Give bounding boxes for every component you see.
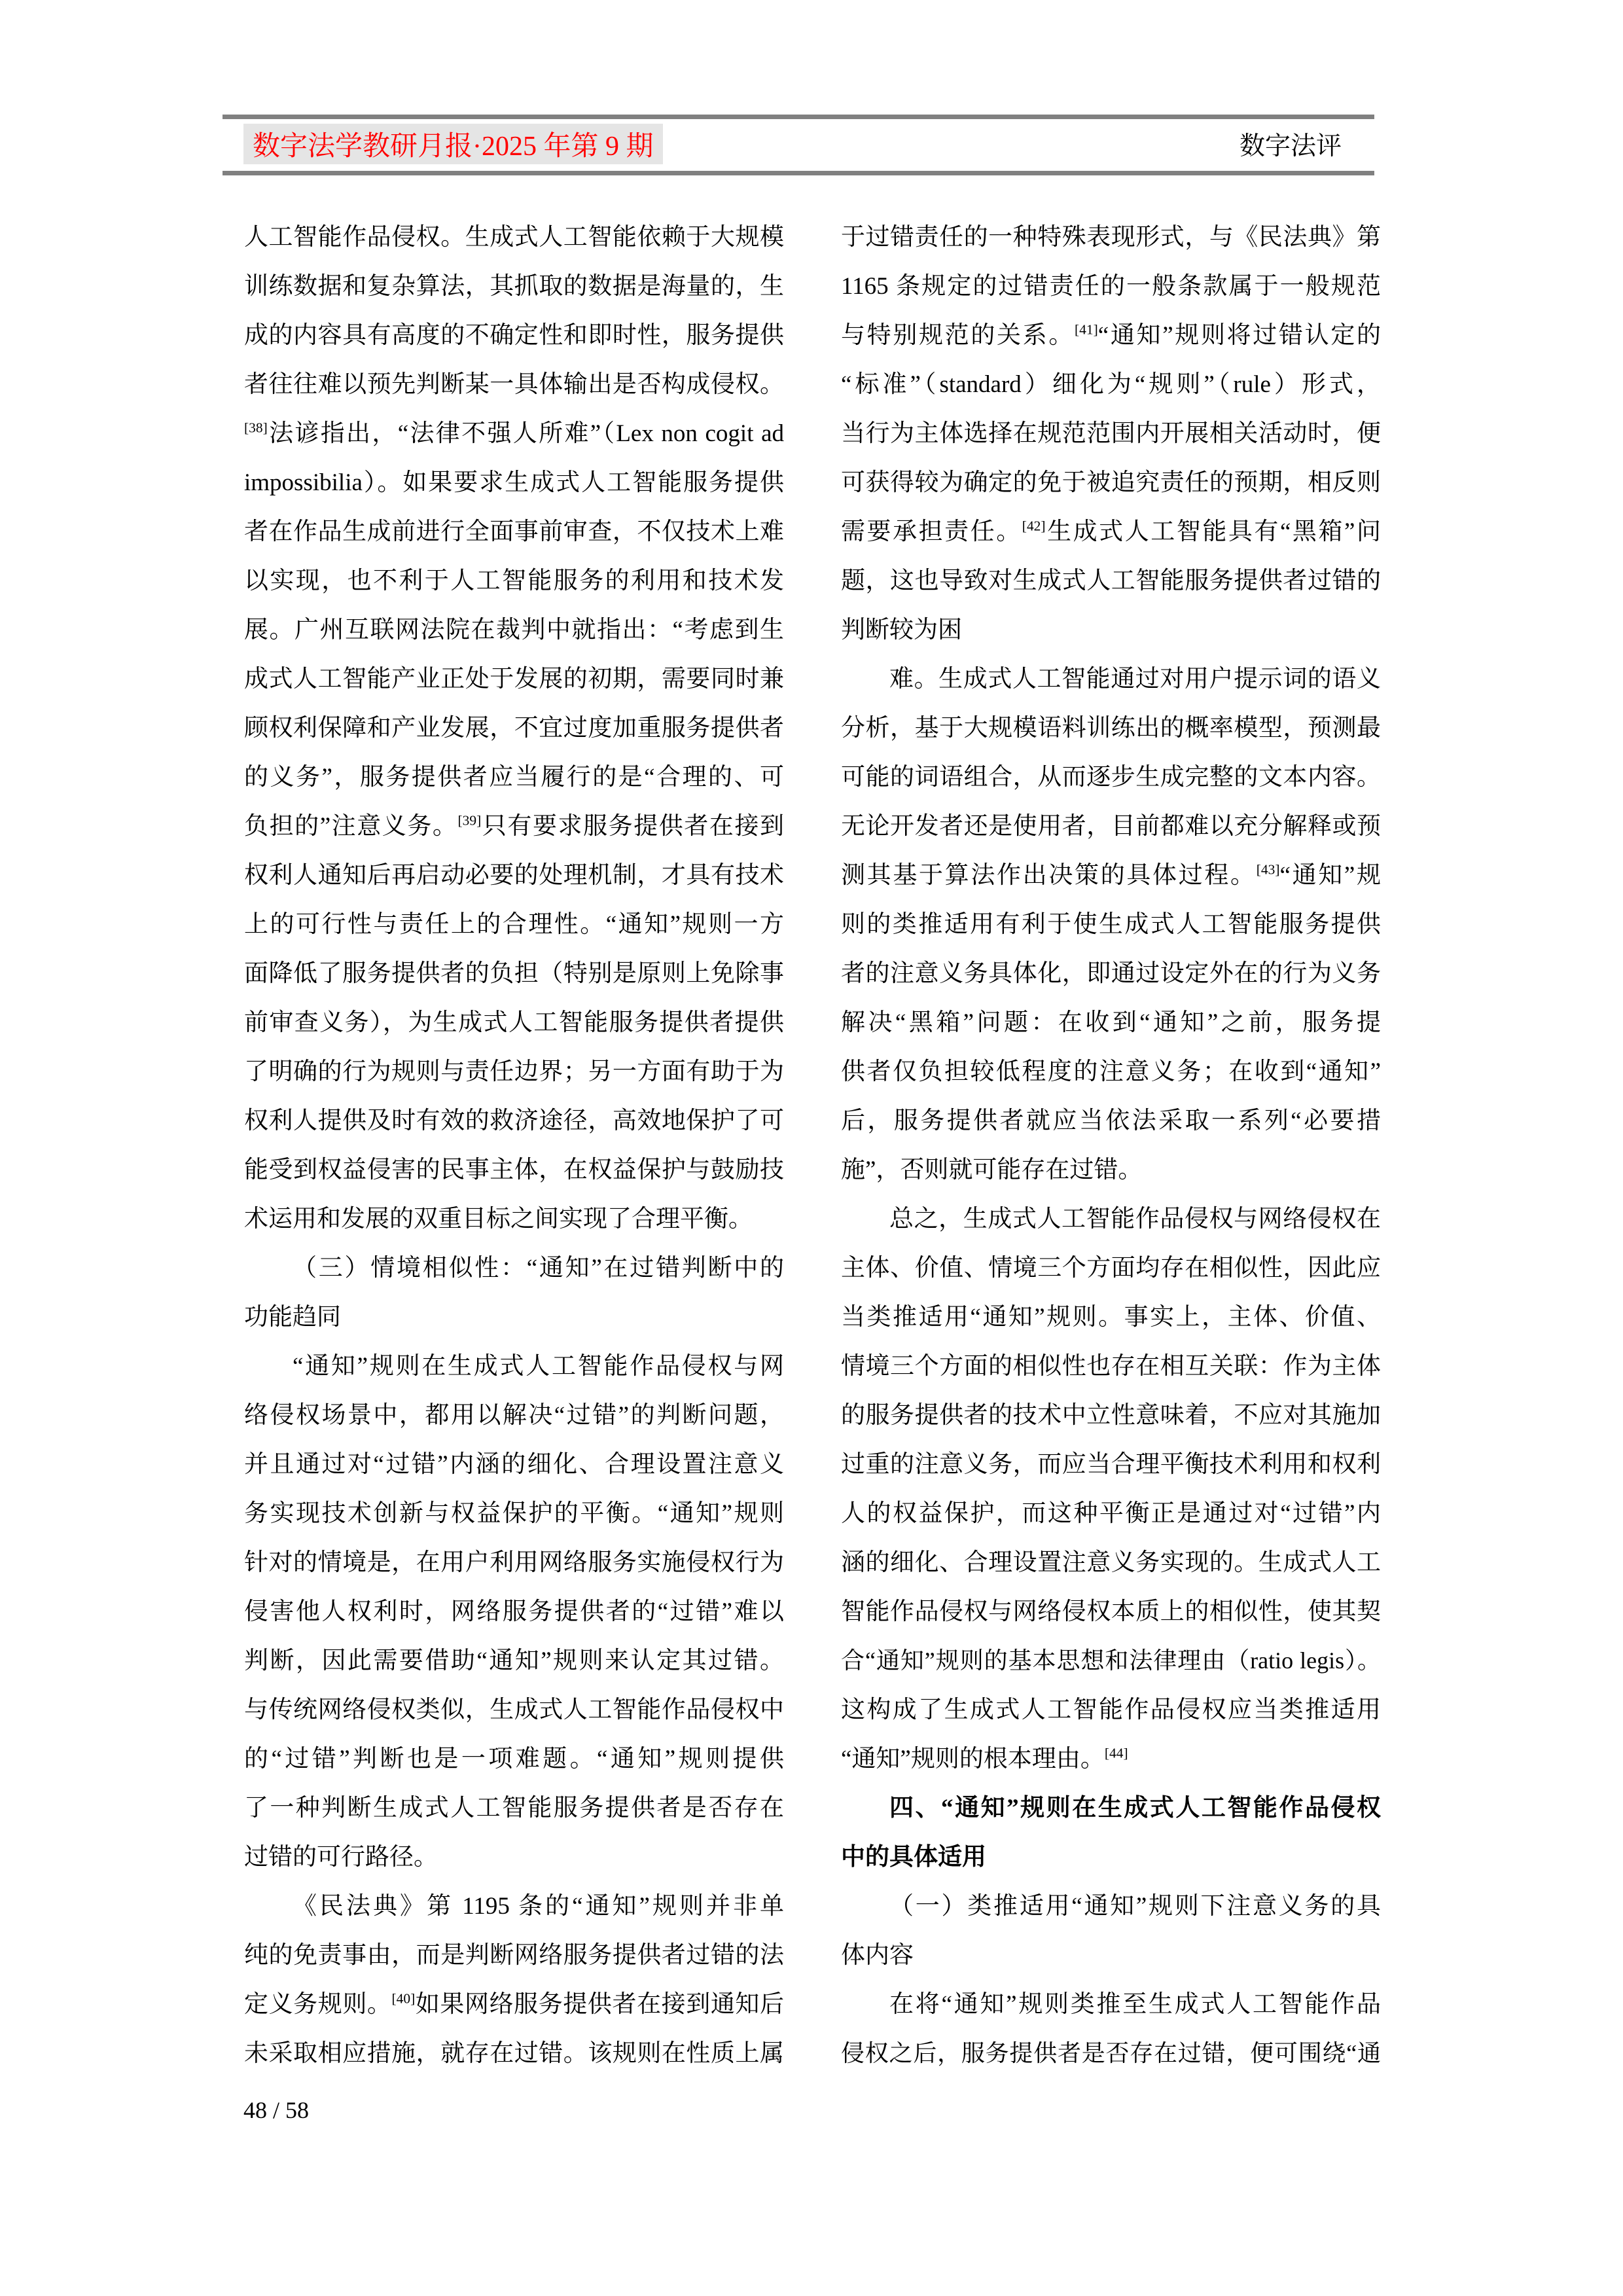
text-line-right-18: 供者仅负担较低程度的注意义务；在收到“通知” — [841, 1047, 1381, 1096]
heading-line-right-33: 四、“通知”规则在生成式人工智能作品侵权 — [841, 1784, 1381, 1833]
text-segment: 与特别规范的关系。 — [841, 322, 1075, 349]
text-segment: 于过错责任的一种特殊表现形式，与《民法典》第 — [841, 224, 1381, 251]
text-line-left-12: 的义务”，服务提供者应当履行的是“合理的、可 — [244, 753, 784, 802]
text-line-left-13: 负担的”注意义务。[39]只有要求服务提供者在接到 — [244, 802, 784, 851]
text-line-right-17: 解决“黑箱”问题：在收到“通知”之前，服务提 — [841, 998, 1381, 1047]
text-segment: “标准”（standard）细化为“规则”（rule）形式， — [841, 371, 1381, 398]
text-segment: 中的具体适用 — [841, 1844, 986, 1871]
text-segment: 并且通过对“过错”内涵的细化、合理设置注意义 — [244, 1451, 784, 1478]
text-line-left-25: 络侵权场景中，都用以解决“过错”的判断问题， — [244, 1391, 784, 1440]
text-line-left-32: 的“过错”判断也是一项难题。“通知”规则提供 — [244, 1734, 784, 1784]
text-line-left-15: 上的可行性与责任上的合理性。“通知”规则一方 — [244, 900, 784, 949]
text-segment: （三）情境相似性：“通知”在过错判断中的 — [293, 1255, 784, 1282]
text-segment: 展。广州互联网法院在裁判中就指出：“考虑到生 — [244, 617, 784, 643]
text-segment: 负担的”注意义务。 — [244, 813, 458, 840]
text-line-right-19: 后，服务提供者就应当依法采取一系列“必要措 — [841, 1096, 1381, 1145]
text-segment: 测其基于算法作出决策的具体过程。 — [841, 862, 1257, 889]
text-line-left-11: 顾权利保障和产业发展，不宜过度加重服务提供者 — [244, 704, 784, 753]
right-column: 于过错责任的一种特殊表现形式，与《民法典》第1165 条规定的过错责任的一般条款… — [841, 213, 1381, 2078]
text-segment: 法谚指出，“法律不强人所难”（Lex non cogit ad — [268, 420, 784, 447]
text-line-right-29: 智能作品侵权与网络侵权本质上的相似性，使其契 — [841, 1587, 1381, 1636]
text-line-right-37: 在将“通知”规则类推至生成式人工智能作品 — [841, 1980, 1381, 2029]
text-segment: 可获得较为确定的免于被追究责任的预期，相反则 — [841, 469, 1381, 496]
text-line-right-4: “标准”（standard）细化为“规则”（rule）形式， — [841, 360, 1381, 409]
text-segment: 主体、价值、情境三个方面均存在相似性，因此应 — [841, 1255, 1381, 1282]
heading-line-right-34: 中的具体适用 — [841, 1833, 1381, 1882]
text-segment: “通知”规 — [1279, 862, 1381, 889]
text-segment: “通知”规则在生成式人工智能作品侵权与网 — [293, 1353, 784, 1380]
header-rule-bottom — [223, 171, 1374, 175]
text-segment: 这构成了生成式人工智能作品侵权应当类推适用 — [841, 1696, 1381, 1723]
text-line-right-10: 难。生成式人工智能通过对用户提示词的语义 — [841, 655, 1381, 704]
text-segment: 能受到权益侵害的民事主体，在权益保护与鼓励技 — [244, 1157, 784, 1183]
text-line-right-14: 测其基于算法作出决策的具体过程。[43]“通知”规 — [841, 851, 1381, 900]
text-line-right-23: 当类推适用“通知”规则。事实上，主体、价值、 — [841, 1293, 1381, 1342]
text-line-right-2: 1165 条规定的过错责任的一般条款属于一般规范 — [841, 262, 1381, 311]
text-segment: impossibilia）。如果要求生成式人工智能服务提供 — [244, 469, 784, 496]
text-line-right-31: 这构成了生成式人工智能作品侵权应当类推适用 — [841, 1685, 1381, 1734]
text-line-left-29: 侵害他人权利时，网络服务提供者的“过错”难以 — [244, 1587, 784, 1636]
text-segment: 者在作品生成前进行全面事前审查，不仅技术上难 — [244, 518, 784, 545]
footnote-marker: [43] — [1257, 862, 1280, 878]
text-line-left-34: 过错的可行路径。 — [244, 1833, 784, 1882]
text-segment: 成式人工智能产业正处于发展的初期，需要同时兼 — [244, 666, 784, 692]
text-line-right-15: 则的类推适用有利于使生成式人工智能服务提供 — [841, 900, 1381, 949]
text-segment: 总之，生成式人工智能作品侵权与网络侵权在 — [889, 1206, 1381, 1232]
text-segment: 解决“黑箱”问题：在收到“通知”之前，服务提 — [841, 1009, 1381, 1036]
text-segment: 以实现，也不利于人工智能服务的利用和技术发 — [244, 567, 784, 594]
text-line-left-33: 了一种判断生成式人工智能服务提供者是否存在 — [244, 1784, 784, 1833]
text-line-right-6: 可获得较为确定的免于被追究责任的预期，相反则 — [841, 458, 1381, 507]
text-segment: 了明确的行为规则与责任边界；另一方面有助于为 — [244, 1058, 784, 1085]
text-segment: （一）类推适用“通知”规则下注意义务的具 — [889, 1893, 1381, 1920]
text-segment: 后，服务提供者就应当依法采取一系列“必要措 — [841, 1107, 1381, 1134]
text-segment: 侵权之后，服务提供者是否存在过错，便可围绕“通 — [841, 2040, 1381, 2066]
text-segment: 面降低了服务提供者的负担（特别是原则上免除事 — [244, 960, 784, 987]
text-line-left-36: 纯的免责事由，而是判断网络服务提供者过错的法 — [244, 1931, 784, 1980]
column-header-label: 数字法评 — [1240, 124, 1342, 164]
left-column: 人工智能作品侵权。生成式人工智能依赖于大规模训练数据和复杂算法，其抓取的数据是海… — [244, 213, 784, 2078]
text-segment: 的服务提供者的技术中立性意味着，不应对其施加 — [841, 1402, 1381, 1429]
footnote-marker: [41] — [1075, 322, 1098, 338]
text-segment: “通知”规则的根本理由。 — [841, 1746, 1105, 1772]
text-line-left-10: 成式人工智能产业正处于发展的初期，需要同时兼 — [244, 655, 784, 704]
footnote-marker: [42] — [1022, 518, 1046, 534]
text-line-left-27: 务实现技术创新与权益保护的平衡。“通知”规则 — [244, 1489, 784, 1538]
footnote-marker: [44] — [1105, 1746, 1128, 1761]
page-number: 48 / 58 — [243, 2096, 309, 2125]
text-line-right-30: 合“通知”规则的基本思想和法律理由（ratio legis）。 — [841, 1636, 1381, 1685]
text-segment: 成的内容具有高度的不确定性和即时性，服务提供 — [244, 322, 784, 349]
text-segment: 题，这也导致对生成式人工智能服务提供者过错的 — [841, 567, 1381, 594]
text-line-left-38: 未采取相应措施，就存在过错。该规则在性质上属 — [244, 2029, 784, 2078]
text-line-right-8: 题，这也导致对生成式人工智能服务提供者过错的 — [841, 556, 1381, 605]
text-segment: 针对的情境是，在用户利用网络服务实施侵权行为 — [244, 1549, 784, 1576]
text-segment: 情境三个方面的相似性也存在相互关联：作为主体 — [841, 1353, 1381, 1380]
text-line-left-8: 以实现，也不利于人工智能服务的利用和技术发 — [244, 556, 784, 605]
text-segment: 功能趋同 — [244, 1304, 341, 1331]
text-segment: 供者仅负担较低程度的注意义务；在收到“通知” — [841, 1058, 1381, 1085]
text-line-left-7: 者在作品生成前进行全面事前审查，不仅技术上难 — [244, 507, 784, 556]
text-segment: 分析，基于大规模语料训练出的概率模型，预测最 — [841, 715, 1381, 742]
text-segment: 络侵权场景中，都用以解决“过错”的判断问题， — [244, 1402, 784, 1429]
text-line-right-1: 于过错责任的一种特殊表现形式，与《民法典》第 — [841, 213, 1381, 262]
text-line-left-17: 前审查义务），为生成式人工智能服务提供者提供 — [244, 998, 784, 1047]
text-line-left-2: 训练数据和复杂算法，其抓取的数据是海量的，生 — [244, 262, 784, 311]
text-line-left-21: 术运用和发展的双重目标之间实现了合理平衡。 — [244, 1194, 784, 1244]
text-segment: 《民法典》第 1195 条的“通知”规则并非单 — [293, 1893, 784, 1920]
text-line-right-25: 的服务提供者的技术中立性意味着，不应对其施加 — [841, 1391, 1381, 1440]
text-segment: 1165 条规定的过错责任的一般条款属于一般规范 — [841, 273, 1381, 300]
text-segment: 的义务”，服务提供者应当履行的是“合理的、可 — [244, 764, 784, 791]
text-line-right-7: 需要承担责任。[42]生成式人工智能具有“黑箱”问 — [841, 507, 1381, 556]
text-line-right-36: 体内容 — [841, 1931, 1381, 1980]
text-line-left-22: （三）情境相似性：“通知”在过错判断中的 — [244, 1244, 784, 1293]
text-segment: 体内容 — [841, 1942, 914, 1969]
text-segment: 了一种判断生成式人工智能服务提供者是否存在 — [244, 1795, 784, 1821]
text-segment: “通知”规则将过错认定的 — [1098, 322, 1381, 349]
text-line-right-26: 过重的注意义务，而应当合理平衡技术利用和权利 — [841, 1440, 1381, 1489]
text-segment: 过重的注意义务，而应当合理平衡技术利用和权利 — [841, 1451, 1381, 1478]
text-line-right-20: 施”，否则就可能存在过错。 — [841, 1145, 1381, 1194]
text-segment: 纯的免责事由，而是判断网络服务提供者过错的法 — [244, 1942, 784, 1969]
text-segment: 与传统网络侵权类似，生成式人工智能作品侵权中 — [244, 1696, 784, 1723]
text-line-right-24: 情境三个方面的相似性也存在相互关联：作为主体 — [841, 1342, 1381, 1391]
text-segment: 顾权利保障和产业发展，不宜过度加重服务提供者 — [244, 715, 784, 742]
text-line-left-5: [38]法谚指出，“法律不强人所难”（Lex non cogit ad — [244, 409, 784, 458]
text-line-left-26: 并且通过对“过错”内涵的细化、合理设置注意义 — [244, 1440, 784, 1489]
text-line-right-11: 分析，基于大规模语料训练出的概率模型，预测最 — [841, 704, 1381, 753]
text-line-left-31: 与传统网络侵权类似，生成式人工智能作品侵权中 — [244, 1685, 784, 1734]
text-segment: 过错的可行路径。 — [244, 1844, 438, 1871]
text-line-left-3: 成的内容具有高度的不确定性和即时性，服务提供 — [244, 311, 784, 360]
text-line-left-1: 人工智能作品侵权。生成式人工智能依赖于大规模 — [244, 213, 784, 262]
text-segment: 判断较为困 — [841, 617, 962, 643]
text-segment: 涵的细化、合理设置注意义务实现的。生成式人工 — [841, 1549, 1381, 1576]
journal-title: 数字法学教研月报·2025 年第 9 期 — [243, 124, 663, 164]
text-line-left-14: 权利人通知后再启动必要的处理机制，才具有技术 — [244, 851, 784, 900]
text-line-right-9: 判断较为困 — [841, 605, 1381, 655]
text-segment: 四、“通知”规则在生成式人工智能作品侵权 — [889, 1795, 1381, 1821]
text-segment: 权利人提供及时有效的救济途径，高效地保护了可 — [244, 1107, 784, 1134]
text-segment: 务实现技术创新与权益保护的平衡。“通知”规则 — [244, 1500, 784, 1527]
text-line-left-23: 功能趋同 — [244, 1293, 784, 1342]
text-line-left-37: 定义务规则。[40]如果网络服务提供者在接到通知后 — [244, 1980, 784, 2029]
text-segment: 的“过错”判断也是一项难题。“通知”规则提供 — [244, 1746, 784, 1772]
text-segment: 智能作品侵权与网络侵权本质上的相似性，使其契 — [841, 1598, 1381, 1625]
text-segment: 者往往难以预先判断某一具体输出是否构成侵权。 — [244, 371, 784, 398]
text-line-left-16: 面降低了服务提供者的负担（特别是原则上免除事 — [244, 949, 784, 998]
text-segment: 在将“通知”规则类推至生成式人工智能作品 — [889, 1991, 1381, 2018]
text-line-left-4: 者往往难以预先判断某一具体输出是否构成侵权。 — [244, 360, 784, 409]
text-segment: 如果网络服务提供者在接到通知后 — [415, 1991, 784, 2018]
text-line-left-18: 了明确的行为规则与责任边界；另一方面有助于为 — [244, 1047, 784, 1096]
text-segment: 可能的词语组合，从而逐步生成完整的文本内容。 — [841, 764, 1381, 791]
text-line-right-22: 主体、价值、情境三个方面均存在相似性，因此应 — [841, 1244, 1381, 1293]
text-line-right-16: 者的注意义务具体化，即通过设定外在的行为义务 — [841, 949, 1381, 998]
text-segment: 者的注意义务具体化，即通过设定外在的行为义务 — [841, 960, 1381, 987]
footnote-marker: [38] — [244, 420, 268, 436]
text-line-right-28: 涵的细化、合理设置注意义务实现的。生成式人工 — [841, 1538, 1381, 1587]
text-segment: 施”，否则就可能存在过错。 — [841, 1157, 1142, 1183]
text-segment: 则的类推适用有利于使生成式人工智能服务提供 — [841, 911, 1381, 938]
text-segment: 当行为主体选择在规范范围内开展相关活动时，便 — [841, 420, 1381, 447]
text-segment: 权利人通知后再启动必要的处理机制，才具有技术 — [244, 862, 784, 889]
text-line-right-13: 无论开发者还是使用者，目前都难以充分解释或预 — [841, 802, 1381, 851]
text-line-left-35: 《民法典》第 1195 条的“通知”规则并非单 — [244, 1882, 784, 1931]
text-line-left-6: impossibilia）。如果要求生成式人工智能服务提供 — [244, 458, 784, 507]
text-segment: 人工智能作品侵权。生成式人工智能依赖于大规模 — [244, 224, 784, 251]
text-line-right-38: 侵权之后，服务提供者是否存在过错，便可围绕“通 — [841, 2029, 1381, 2078]
header-rule-top — [223, 115, 1374, 119]
text-line-right-27: 人的权益保护，而这种平衡正是通过对“过错”内 — [841, 1489, 1381, 1538]
text-segment: 侵害他人权利时，网络服务提供者的“过错”难以 — [244, 1598, 784, 1625]
text-line-left-28: 针对的情境是，在用户利用网络服务实施侵权行为 — [244, 1538, 784, 1587]
text-segment: 人的权益保护，而这种平衡正是通过对“过错”内 — [841, 1500, 1381, 1527]
text-line-left-19: 权利人提供及时有效的救济途径，高效地保护了可 — [244, 1096, 784, 1145]
text-segment: 定义务规则。 — [244, 1991, 392, 2018]
text-segment: 需要承担责任。 — [841, 518, 1022, 545]
footnote-marker: [40] — [392, 1991, 416, 2007]
text-line-left-9: 展。广州互联网法院在裁判中就指出：“考虑到生 — [244, 605, 784, 655]
text-segment: 判断，因此需要借助“通知”规则来认定其过错。 — [244, 1647, 784, 1674]
text-segment: 合“通知”规则的基本思想和法律理由（ratio legis）。 — [841, 1647, 1381, 1674]
text-line-right-32: “通知”规则的根本理由。[44] — [841, 1734, 1381, 1784]
text-line-right-35: （一）类推适用“通知”规则下注意义务的具 — [841, 1882, 1381, 1931]
text-segment: 未采取相应措施，就存在过错。该规则在性质上属 — [244, 2040, 784, 2067]
document-page: { "header": { "journal_title": "数字法学教研月报… — [0, 0, 1623, 2296]
text-line-right-5: 当行为主体选择在规范范围内开展相关活动时，便 — [841, 409, 1381, 458]
text-line-right-3: 与特别规范的关系。[41]“通知”规则将过错认定的 — [841, 311, 1381, 360]
footnote-marker: [39] — [458, 813, 482, 829]
text-segment: 上的可行性与责任上的合理性。“通知”规则一方 — [244, 911, 784, 938]
text-segment: 生成式人工智能具有“黑箱”问 — [1046, 518, 1381, 545]
text-line-left-20: 能受到权益侵害的民事主体，在权益保护与鼓励技 — [244, 1145, 784, 1194]
text-line-left-24: “通知”规则在生成式人工智能作品侵权与网 — [244, 1342, 784, 1391]
text-segment: 无论开发者还是使用者，目前都难以充分解释或预 — [841, 813, 1381, 840]
text-segment: 当类推适用“通知”规则。事实上，主体、价值、 — [841, 1304, 1381, 1331]
text-segment: 术运用和发展的双重目标之间实现了合理平衡。 — [244, 1206, 753, 1232]
text-segment: 只有要求服务提供者在接到 — [481, 813, 784, 840]
text-segment: 训练数据和复杂算法，其抓取的数据是海量的，生 — [244, 273, 784, 300]
text-line-left-30: 判断，因此需要借助“通知”规则来认定其过错。 — [244, 1636, 784, 1685]
text-segment: 前审查义务），为生成式人工智能服务提供者提供 — [244, 1009, 784, 1036]
text-segment: 难。生成式人工智能通过对用户提示词的语义 — [889, 666, 1381, 692]
text-line-right-21: 总之，生成式人工智能作品侵权与网络侵权在 — [841, 1194, 1381, 1244]
text-line-right-12: 可能的词语组合，从而逐步生成完整的文本内容。 — [841, 753, 1381, 802]
